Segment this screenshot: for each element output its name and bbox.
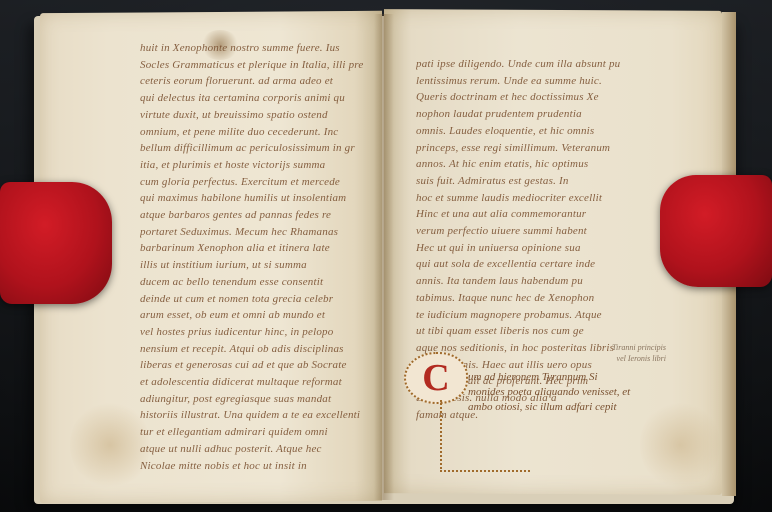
- left-page-text: huit in Xenophonte nostro summe fuere. I…: [140, 40, 370, 474]
- marginal-note-line: vel Ieronis libri: [612, 353, 666, 364]
- text-line: annis. Ita tandem laus habendum pu: [416, 273, 646, 290]
- text-line: tur et ellegantiam admirari quidem omni: [140, 424, 370, 441]
- book-gutter: [374, 14, 394, 500]
- text-line: suis fuit. Admiratus est gestas. In: [416, 173, 646, 190]
- text-line: nophon laudat prudentem prudentia: [416, 106, 646, 123]
- text-line: barbarinum Xenophon alia et itinera late: [140, 240, 370, 257]
- text-line: hoc et summe laudis mediocriter excellit: [416, 190, 646, 207]
- text-line: omnium, et pene milite duo cecederunt. I…: [140, 124, 370, 141]
- marginal-note-line: Tiranni principis: [612, 342, 666, 353]
- water-stain-right: [640, 400, 720, 490]
- text-line: itia, et plurimis et hoste victorijs sum…: [140, 157, 370, 174]
- text-line: Hinc et una aut alia commemorantur: [416, 206, 646, 223]
- incipit-text: um ad hieronem Tyrannum Si monides poeta…: [468, 370, 630, 415]
- text-line: liberas et generosas cui ad et que ab So…: [140, 357, 370, 374]
- text-line: verum perfectio uiuere summi habent: [416, 223, 646, 240]
- text-line: Hec ut qui in uniuersa opinione sua: [416, 240, 646, 257]
- text-line: virtute duxit, ut breuissimo spatio oste…: [140, 107, 370, 124]
- text-line: ducem ac bello tenendum esse consentit: [140, 274, 370, 291]
- text-line: atque ut nulli adhuc posterit. Atque hec: [140, 441, 370, 458]
- incipit-line: ambo otiosi, sic illum adfari cepit: [468, 400, 630, 415]
- marginal-note: Tiranni principis vel Ieronis libri: [612, 342, 666, 364]
- text-line: Queris doctrinam et hec doctissimus Xe: [416, 89, 646, 106]
- text-line: adiungitur, post egregiasque suas mandat: [140, 391, 370, 408]
- text-line: qui delectus ita certamina corporis anim…: [140, 90, 370, 107]
- text-line: Nicolae mitte nobis et hoc ut insit in: [140, 458, 370, 475]
- incipit-line: um ad hieronem Tyrannum Si: [468, 370, 630, 385]
- text-line: atque barbaros gentes ad pannas fedes re: [140, 207, 370, 224]
- text-line: bellum difficillimum ac periculosissimum…: [140, 140, 370, 157]
- text-line: illis ut institium iurium, ut si summa: [140, 257, 370, 274]
- initial-letter: C: [422, 356, 449, 400]
- text-line: qui maximus habilone humilis ut insolent…: [140, 190, 370, 207]
- illuminated-initial: C: [404, 352, 468, 404]
- red-cushion-left: [0, 182, 112, 304]
- text-line: princeps, esse regi simillimum. Veteranu…: [416, 140, 646, 157]
- text-line: qui aut sola de excellentia certare inde: [416, 256, 646, 273]
- text-line: huit in Xenophonte nostro summe fuere. I…: [140, 40, 370, 57]
- text-line: deinde ut cum et nomen tota grecia celeb…: [140, 291, 370, 308]
- text-line: annos. At hic enim etatis, hic optimus: [416, 156, 646, 173]
- text-line: portaret Seduximus. Mecum hec Rhamanas: [140, 224, 370, 241]
- text-line: nensium et recepit. Atqui ob adis discip…: [140, 341, 370, 358]
- water-stain-left: [70, 400, 150, 490]
- text-line: te iudicium magnopere probamus. Atque: [416, 307, 646, 324]
- red-cushion-right: [660, 175, 772, 287]
- text-line: omnis. Laudes eloquentie, et hic omnis: [416, 123, 646, 140]
- text-line: et adolescentia didicerat multaque refor…: [140, 374, 370, 391]
- text-line: Socles Grammaticus et plerique in Italia…: [140, 57, 370, 74]
- incipit-line: monides poeta aliquando venisset, et: [468, 385, 630, 400]
- text-line: pati ipse diligendo. Unde cum illa absun…: [416, 56, 646, 73]
- initial-border-foot: [440, 470, 530, 474]
- text-line: cum gloria perfectus. Exercitum et merce…: [140, 174, 370, 191]
- text-line: vel hostes prius iudicentur hinc, in pel…: [140, 324, 370, 341]
- text-line: tabimus. Itaque nunc hec de Xenophon: [416, 290, 646, 307]
- text-line: ut tibi quam esset liberis nos cum ge: [416, 323, 646, 340]
- text-line: arum esset, ob eum et omni ab mundo et: [140, 307, 370, 324]
- text-line: historiis illustrat. Una quidem a te ea …: [140, 407, 370, 424]
- text-line: ceteris eorum floruerunt. ad arma adeo e…: [140, 73, 370, 90]
- text-line: lentissimus rerum. Unde ea summe huic.: [416, 73, 646, 90]
- initial-border-stem: [440, 400, 444, 472]
